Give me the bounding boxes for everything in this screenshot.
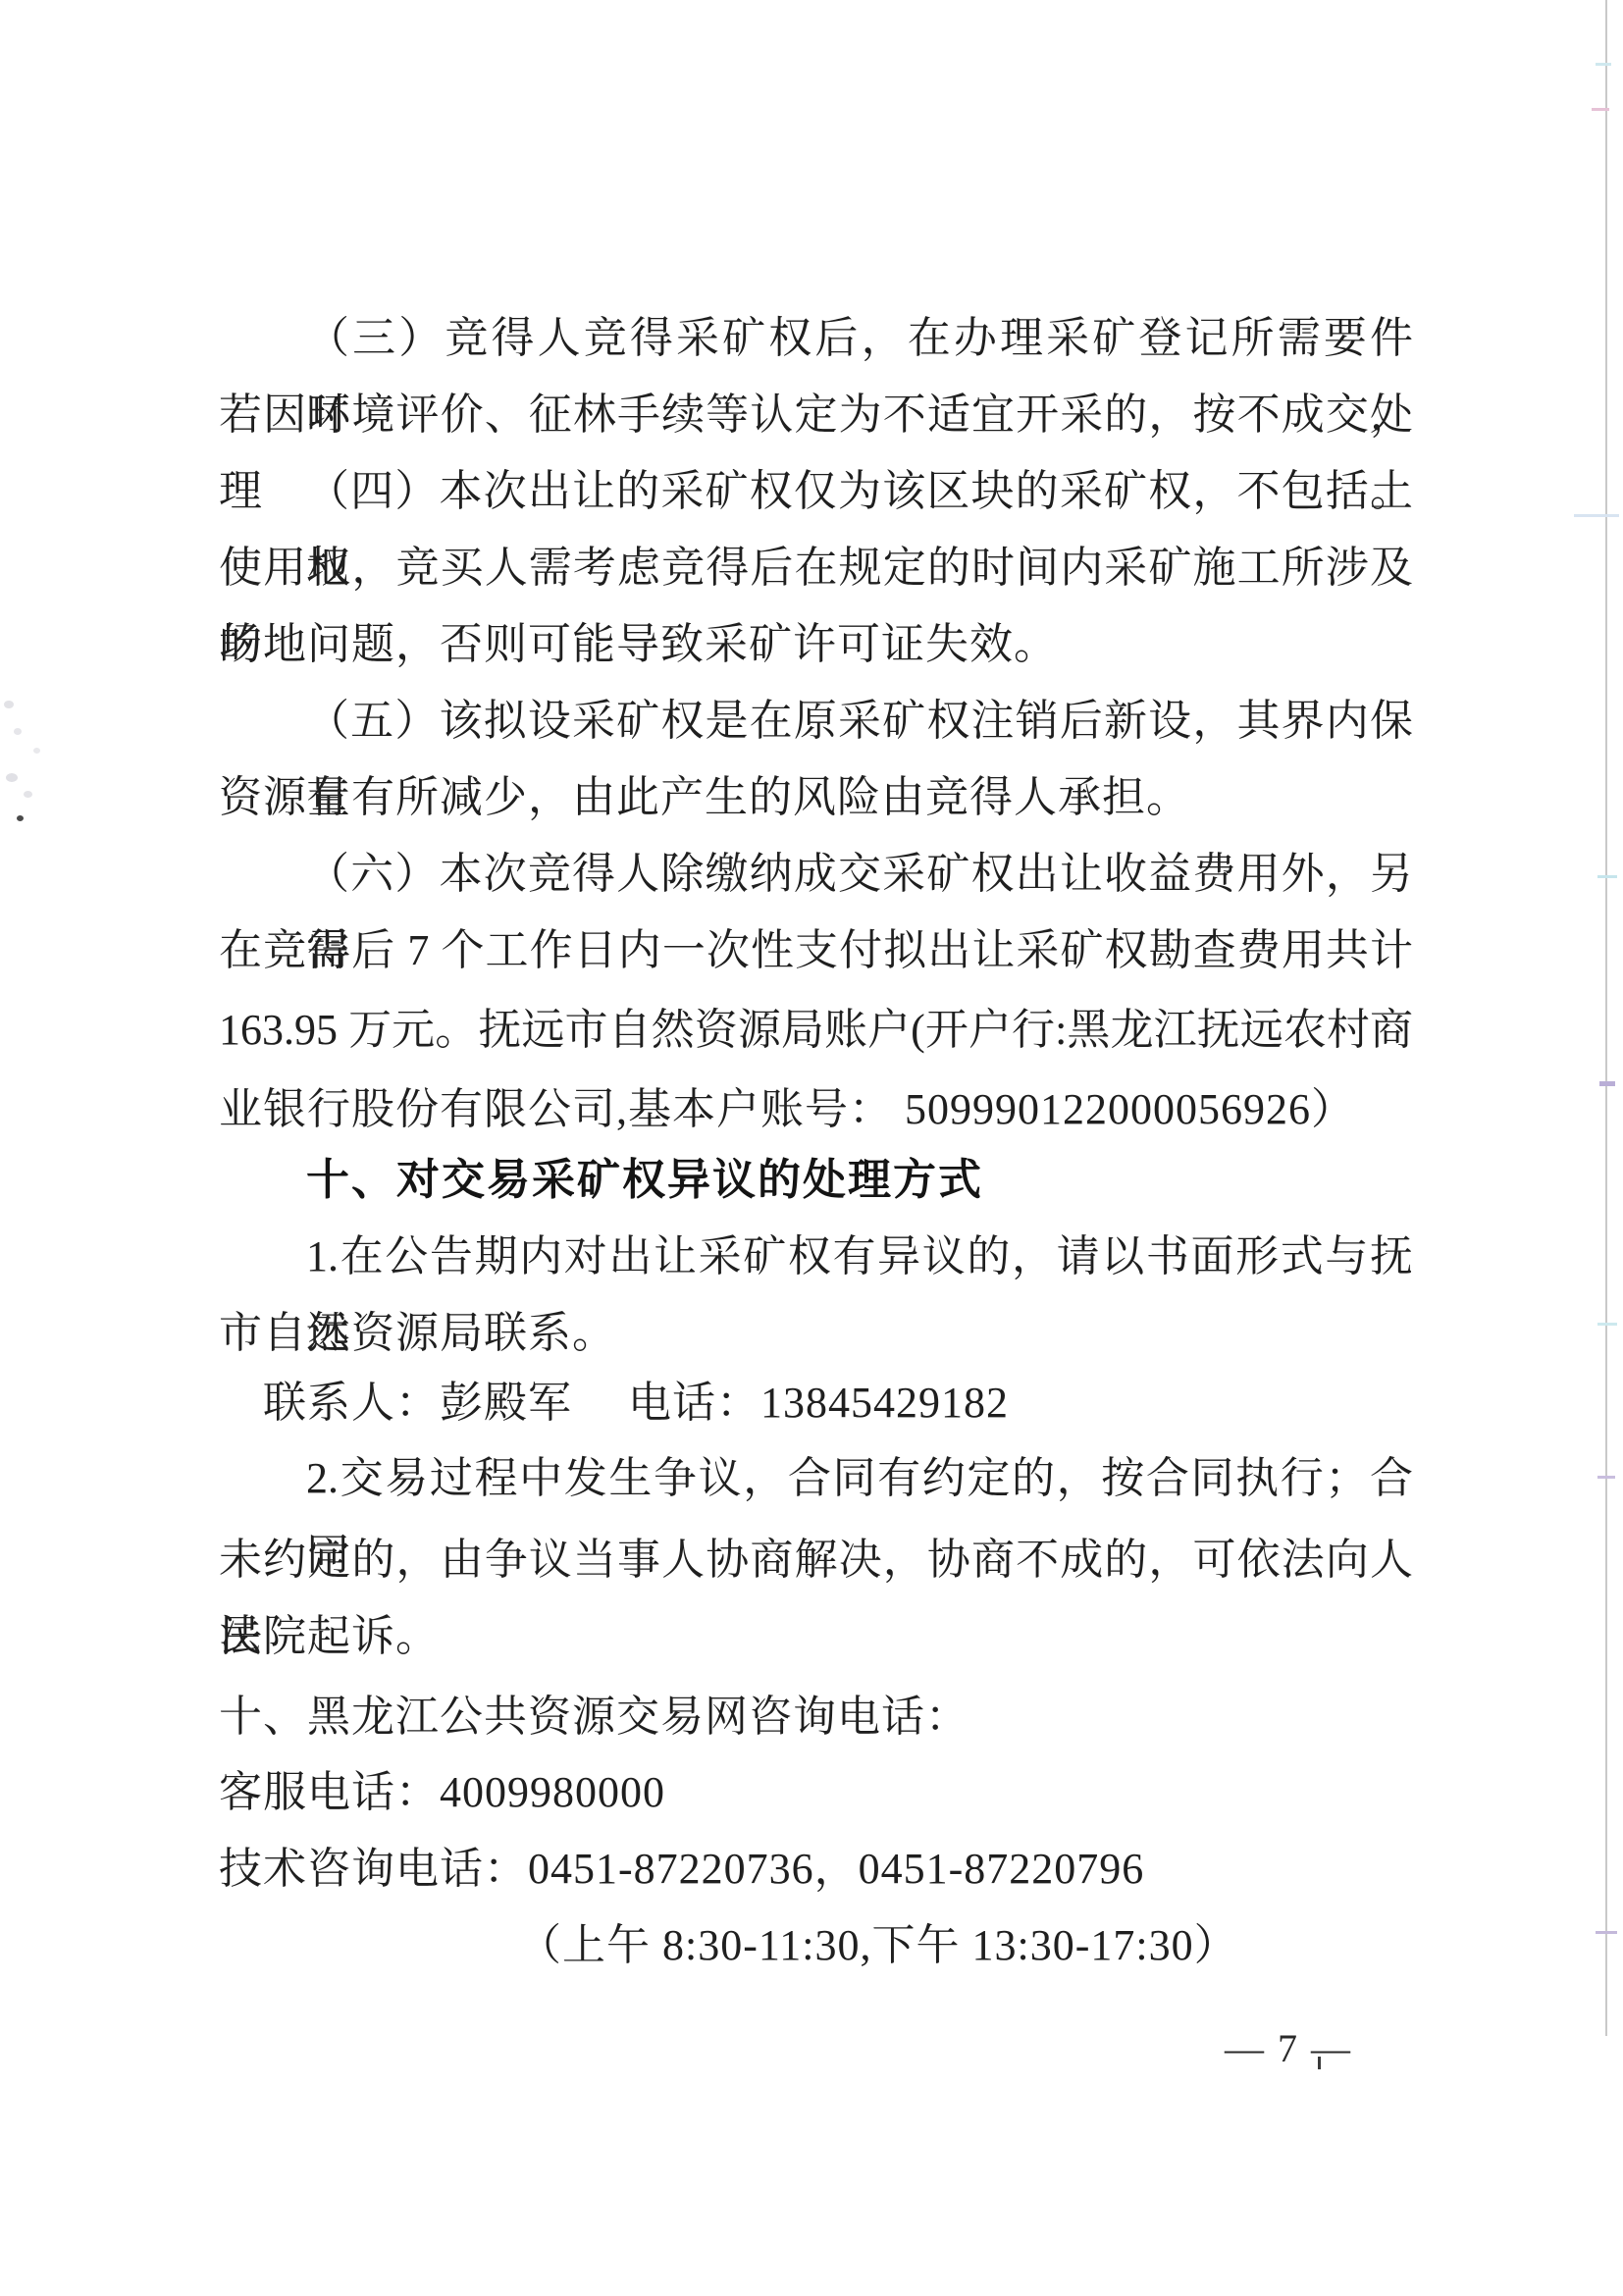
- scan-smudge: [24, 791, 32, 798]
- scan-color-tick: [1592, 108, 1609, 111]
- scan-ink-mark: [1318, 2057, 1321, 2069]
- service-phone-line: 客服电话：4009980000: [219, 1754, 665, 1831]
- scan-color-tick: [1597, 1476, 1615, 1479]
- dispute-item-1-line-2: 市自然资源局联系。: [219, 1295, 616, 1372]
- scan-edge-line: [1605, 0, 1607, 2036]
- clause-6-line-4: 业银行股份有限公司,基本户账号： 509990122000056926）: [219, 1071, 1355, 1148]
- scan-color-tick: [1574, 514, 1619, 517]
- contact-person-phone-line: 联系人：彭殿军 电话：13845429182: [263, 1365, 1009, 1441]
- scan-color-tick: [1597, 1323, 1617, 1326]
- clause-4-line-3: 场地问题，否则可能导致采矿许可证失效。: [219, 606, 1058, 683]
- scan-color-tick: [1596, 63, 1611, 66]
- page-number: — 7 —: [1225, 2019, 1352, 2078]
- scan-speckle: [17, 815, 24, 821]
- scan-smudge: [4, 701, 14, 708]
- service-hours-line: （上午 8:30-11:30,下午 13:30-17:30）: [518, 1907, 1238, 1984]
- scan-smudge: [6, 773, 18, 782]
- tech-support-phone-line: 技术咨询电话：0451-87220736，0451-87220796: [219, 1831, 1144, 1907]
- scan-smudge: [14, 728, 22, 735]
- scan-color-tick: [1596, 1931, 1617, 1934]
- scan-color-tick: [1597, 875, 1617, 878]
- hotline-section-title: 十、黑龙江公共资源交易网咨询电话：: [219, 1679, 969, 1755]
- section-heading-dispute-handling: 十、对交易采矿权异议的处理方式: [306, 1142, 983, 1219]
- clause-6-line-3: 163.95 万元。抚远市自然资源局账户(开户行:黑龙江抚远农村商: [219, 992, 1413, 1069]
- clause-5-line-2: 资源量有所减少，由此产生的风险由竞得人承担。: [219, 759, 1190, 836]
- scanned-document-page: （三）竞得人竞得采矿权后，在办理采矿登记所需要件时， 若因环境评价、征林手续等认…: [0, 0, 1623, 2296]
- scan-smudge: [33, 748, 40, 754]
- clause-6-line-2: 在竞得后 7 个工作日内一次性支付拟出让采矿权勘查费用共计: [219, 913, 1413, 989]
- dispute-item-2-line-3: 法院起诉。: [219, 1598, 440, 1675]
- scan-color-tick: [1599, 1081, 1615, 1086]
